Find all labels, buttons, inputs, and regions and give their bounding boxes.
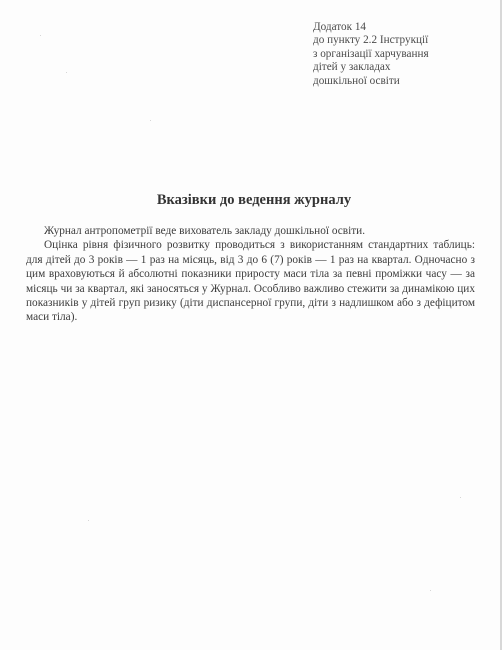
document-page: Додаток 14 до пункту 2.2 Інструкції з ор… [0,0,502,650]
appendix-line: дітей у закладах [313,61,429,74]
paragraph: Журнал антропометрії веде вихователь зак… [26,224,475,238]
appendix-line: до пункту 2.2 Інструкції [313,34,429,47]
scan-speck [150,120,151,121]
scan-speck [88,520,89,521]
appendix-line: з організації харчування [313,48,429,61]
appendix-note: Додаток 14 до пункту 2.2 Інструкції з ор… [313,21,429,88]
appendix-line: Додаток 14 [313,21,429,34]
scan-speck [430,590,431,591]
appendix-line: дошкільної освіти [313,75,429,88]
scan-speck [40,35,41,36]
scan-speck [460,497,461,498]
page-title: Вказівки до ведення журналу [0,192,504,209]
scan-speck [66,72,67,73]
paragraph: Оцінка рівня фізичного розвитку проводит… [26,238,475,324]
body-text: Журнал антропометрії веде вихователь зак… [26,224,475,325]
